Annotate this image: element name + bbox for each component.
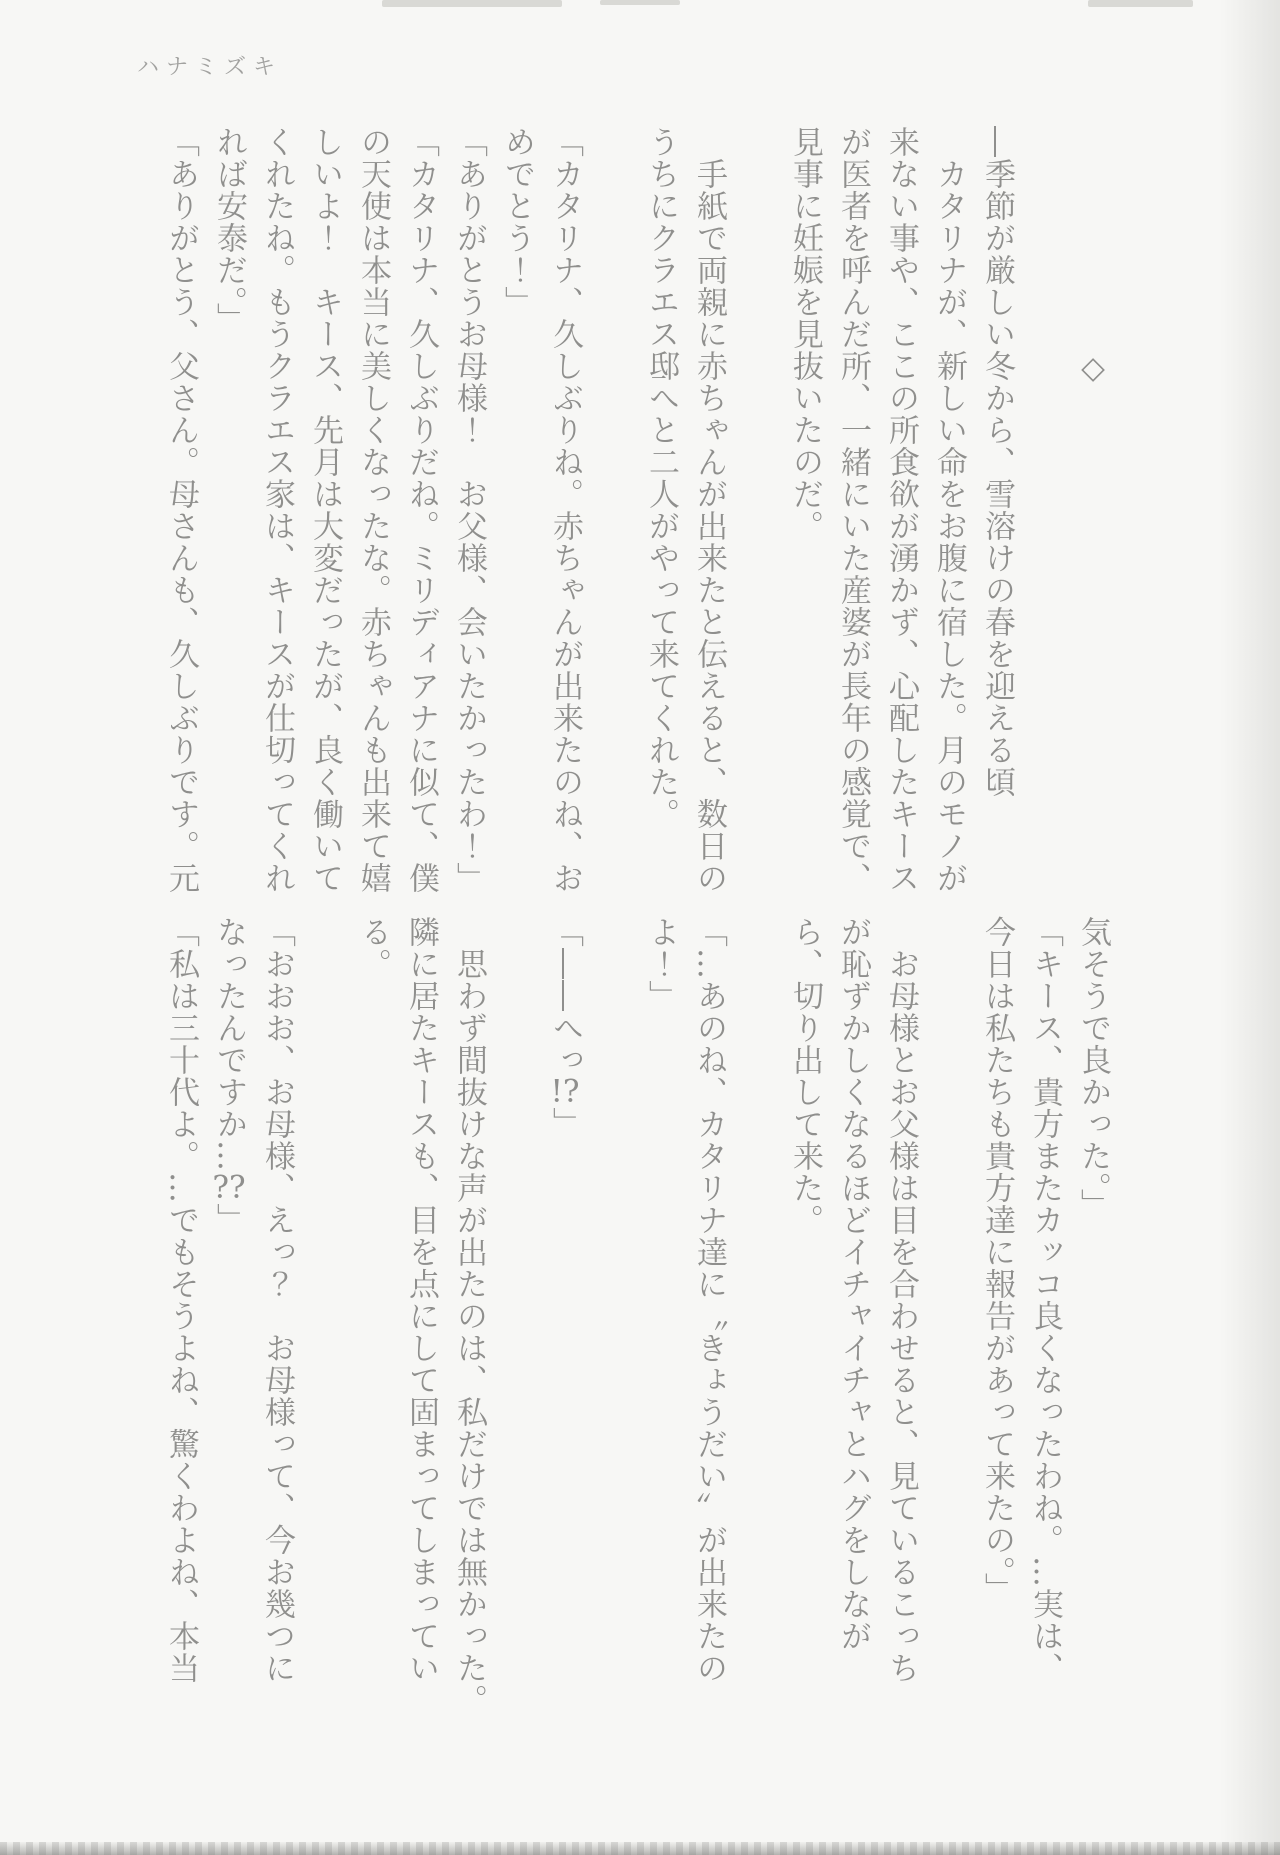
text-column: 「キース、貴方またカッコ良くなったわね。…実は、 (1021, 916, 1069, 1732)
text-column: ら、切り出して来た。 (781, 916, 829, 1732)
text-column: 「…あのね、カタリナ達に〝きょうだい〟が出来たの (685, 916, 733, 1732)
text-column: 「――へっ!?」 (541, 916, 589, 1732)
text-column (925, 916, 973, 1732)
scanned-novel-page: ハナミズキ ◇ ―季節が厳しい冬から、雪溶けの春を迎える頃 カタリナが、新しい命… (0, 0, 1280, 1855)
text-column: 「カタリナ、久しぶりだね。ミリディアナに似て、僕 (397, 126, 445, 898)
text-column: よ！」 (637, 916, 685, 1732)
text-column: ―季節が厳しい冬から、雪溶けの春を迎える頃 (973, 126, 1021, 898)
text-column: 「私は三十代よ。…でもそうよね、驚くわよね、本当 (157, 916, 205, 1732)
text-column: 見事に妊娠を見抜いたのだ。 (781, 126, 829, 898)
text-column: 「ありがとうお母様！ お父様、会いたかったわ！」 (445, 126, 493, 898)
text-column: が恥ずかしくなるほどイチャイチャとハグをしなが (829, 916, 877, 1732)
text-column: 思わず間抜けな声が出たのは、私だけでは無かった。 (445, 916, 493, 1732)
text-column: 隣に居たキースも、目を点にして固まってしまってい (397, 916, 445, 1732)
text-column: 手紙で両親に赤ちゃんが出来たと伝えると、数日の (685, 126, 733, 898)
text-column (733, 916, 781, 1732)
text-column (301, 916, 349, 1732)
text-column: 今日は私たちも貴方達に報告があって来たの。」 (973, 916, 1021, 1732)
text-column: くれたね。もうクラエス家は、キースが仕切ってくれ (253, 126, 301, 898)
text-column: しいよ！ キース、先月は大変だったが、良く働いて (301, 126, 349, 898)
text-column: の天使は本当に美しくなったな。赤ちゃんも出来て嬉 (349, 126, 397, 898)
text-column: お母様とお父様は目を合わせると、見ているこっち (877, 916, 925, 1732)
text-column: 来ない事や、ここの所食欲が湧かず、心配したキース (877, 126, 925, 898)
scan-artifact (382, 0, 562, 7)
text-column: カタリナが、新しい命をお腹に宿した。月のモノが (925, 126, 973, 898)
text-column: 「カタリナ、久しぶりね。赤ちゃんが出来たのね、お (541, 126, 589, 898)
section-divider-column: ◇ (1069, 126, 1117, 898)
text-column: れば安泰だ。」 (205, 126, 253, 898)
text-column (493, 916, 541, 1732)
text-column: めでとう！」 (493, 126, 541, 898)
text-column (589, 126, 637, 898)
text-column (1021, 126, 1069, 898)
bottom-text-block: 気そうで良かった。」「キース、貴方またカッコ良くなったわね。…実は、今日は私たち… (157, 916, 1117, 1732)
page-header-title: ハナミズキ (137, 50, 282, 81)
top-text-block: ◇ ―季節が厳しい冬から、雪溶けの春を迎える頃 カタリナが、新しい命をお腹に宿し… (157, 126, 1117, 898)
page-bottom-edge (0, 1842, 1280, 1855)
text-column: 気そうで良かった。」 (1069, 916, 1117, 1732)
page-edge-shading (1220, 0, 1280, 1855)
text-column: うちにクラエス邸へと二人がやって来てくれた。 (637, 126, 685, 898)
text-column (733, 126, 781, 898)
text-column: が医者を呼んだ所、一緒にいた産婆が長年の感覚で、 (829, 126, 877, 898)
text-column (589, 916, 637, 1732)
text-column: 「ありがとう、父さん。母さんも、久しぶりです。元 (157, 126, 205, 898)
scan-artifact (1088, 0, 1193, 7)
text-column: 「おおお、お母様、えっ？ お母様って、今お幾つに (253, 916, 301, 1732)
text-column: なったんですか…??」 (205, 916, 253, 1732)
text-column: る。 (349, 916, 397, 1732)
scan-artifact (600, 0, 680, 5)
